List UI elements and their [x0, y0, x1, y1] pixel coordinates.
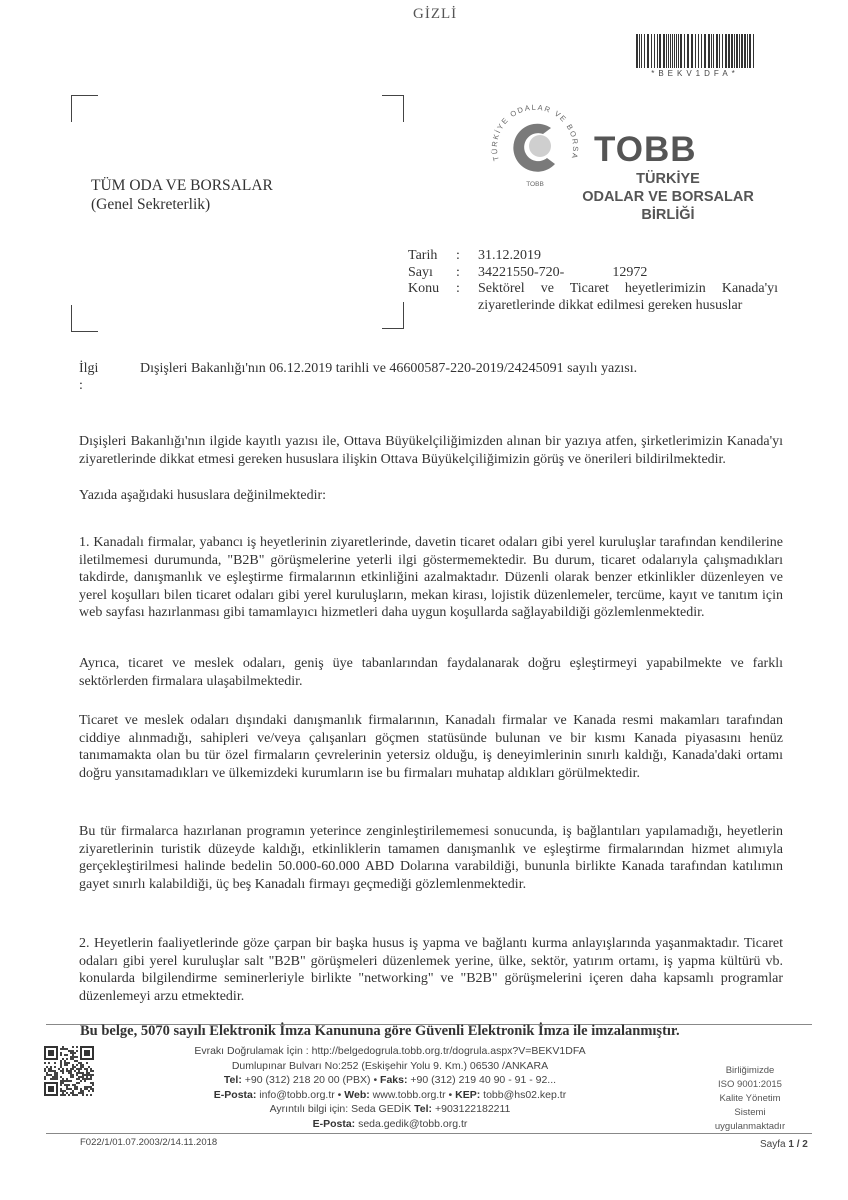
subject-label: Konu	[408, 281, 456, 314]
seal-bottom-text: TOBB	[526, 181, 544, 188]
email-link[interactable]: info@tobb.org.tr	[259, 1089, 334, 1101]
recipient-department: (Genel Sekreterlik)	[91, 195, 273, 214]
barcode-text: *BEKV1DFA*	[636, 69, 754, 78]
date-separator: :	[456, 248, 478, 265]
recipient-name: TÜM ODA VE BORSALAR	[91, 176, 273, 195]
tobb-seal-logo-icon: TÜRKİYE ODALAR VE BORSALAR BİRLİĞİ TOBB	[485, 98, 585, 198]
iso-certification-note: Birliğimizde ISO 9001:2015 Kalite Yöneti…	[700, 1064, 800, 1134]
paragraph-bu-tur: Bu tür firmalarca hazırlanan programın y…	[79, 823, 783, 893]
paragraph-ayrica: Ayrıca, ticaret ve meslek odaları, geniş…	[79, 655, 783, 690]
number-separator: :	[456, 265, 478, 282]
date-label: Tarih	[408, 248, 456, 265]
barcode	[636, 34, 754, 68]
e-signature-notice: Bu belge, 5070 sayılı Elektronik İmza Ka…	[80, 1023, 680, 1040]
paragraph-lead: Yazıda aşağıdaki hususlara değinilmekted…	[79, 487, 783, 505]
verify-link[interactable]: http://belgedogrula.tobb.org.tr/dogrula.…	[312, 1045, 586, 1057]
form-code: F022/1/01.07.2003/2/14.11.2018	[80, 1137, 217, 1148]
classification-label: GİZLİ	[413, 6, 457, 23]
footer-contact-block: Evrakı Doğrulamak İçin : http://belgedog…	[160, 1044, 620, 1131]
subject-value: Sektörel ve Ticaret heyetlerimizin Kanad…	[478, 281, 778, 314]
paragraph-ticaret: Ticaret ve meslek odaları dışındaki danı…	[79, 712, 783, 782]
logo-organization-name: TÜRKİYE ODALAR VE BORSALAR BİRLİĞİ	[578, 170, 758, 224]
qr-code[interactable]	[44, 1046, 94, 1096]
reference-text: Dışişleri Bakanlığı'nın 06.12.2019 tarih…	[140, 360, 700, 377]
address-line: Dumlupınar Bulvarı No:252 (Eskişehir Yol…	[160, 1059, 620, 1074]
phone-line: Tel: +90 (312) 218 20 00 (PBX) • Faks: +…	[160, 1073, 620, 1088]
paragraph-intro: Dışişleri Bakanlığı'nın ilgide kayıtlı y…	[79, 433, 783, 468]
kep-link[interactable]: tobb@hs02.kep.tr	[483, 1089, 566, 1101]
address-window-corner-bottom-right	[382, 302, 404, 329]
document-meta: Tarih : 31.12.2019 Sayı : 34221550-720-1…	[408, 248, 778, 314]
logo-line-3: BİRLİĞİ	[578, 206, 758, 224]
meta-date-row: Tarih : 31.12.2019	[408, 248, 778, 265]
address-window-corner-bottom-left	[71, 305, 98, 332]
number-label: Sayı	[408, 265, 456, 282]
paragraph-point-1: 1. Kanadalı firmalar, yabancı iş heyetle…	[79, 534, 783, 622]
meta-number-row: Sayı : 34221550-720-12972	[408, 265, 778, 282]
subject-separator: :	[456, 281, 478, 314]
number-value: 34221550-720-	[478, 265, 564, 280]
contact-person-line: Ayrıntılı bilgi için: Seda GEDİK Tel: +9…	[160, 1102, 620, 1117]
logo-acronym: TOBB	[594, 130, 697, 170]
logo-line-1: TÜRKİYE	[578, 170, 758, 188]
page-number: Sayfa 1 / 2	[760, 1139, 808, 1150]
date-value: 31.12.2019	[478, 248, 778, 265]
logo-line-2: ODALAR VE BORSALAR	[578, 188, 758, 206]
meta-subject-row: Konu : Sektörel ve Ticaret heyetlerimizi…	[408, 281, 778, 314]
address-window-corner-top-left	[71, 95, 98, 122]
verify-line: Evrakı Doğrulamak İçin : http://belgedog…	[160, 1044, 620, 1059]
address-window-corner-top-right	[382, 95, 404, 122]
online-line: E-Posta: info@tobb.org.tr • Web: www.tob…	[160, 1088, 620, 1103]
paragraph-point-2: 2. Heyetlerin faaliyetlerinde göze çarpa…	[79, 935, 783, 1005]
contact-email-line: E-Posta: seda.gedik@tobb.org.tr	[160, 1117, 620, 1132]
web-link[interactable]: www.tobb.org.tr	[373, 1089, 446, 1101]
reference-label: İlgi :	[79, 360, 98, 394]
footer-divider-bottom	[46, 1133, 812, 1134]
contact-email-link[interactable]: seda.gedik@tobb.org.tr	[358, 1118, 467, 1130]
recipient-block: TÜM ODA VE BORSALAR (Genel Sekreterlik)	[91, 176, 273, 214]
number-suffix: 12972	[612, 265, 647, 280]
